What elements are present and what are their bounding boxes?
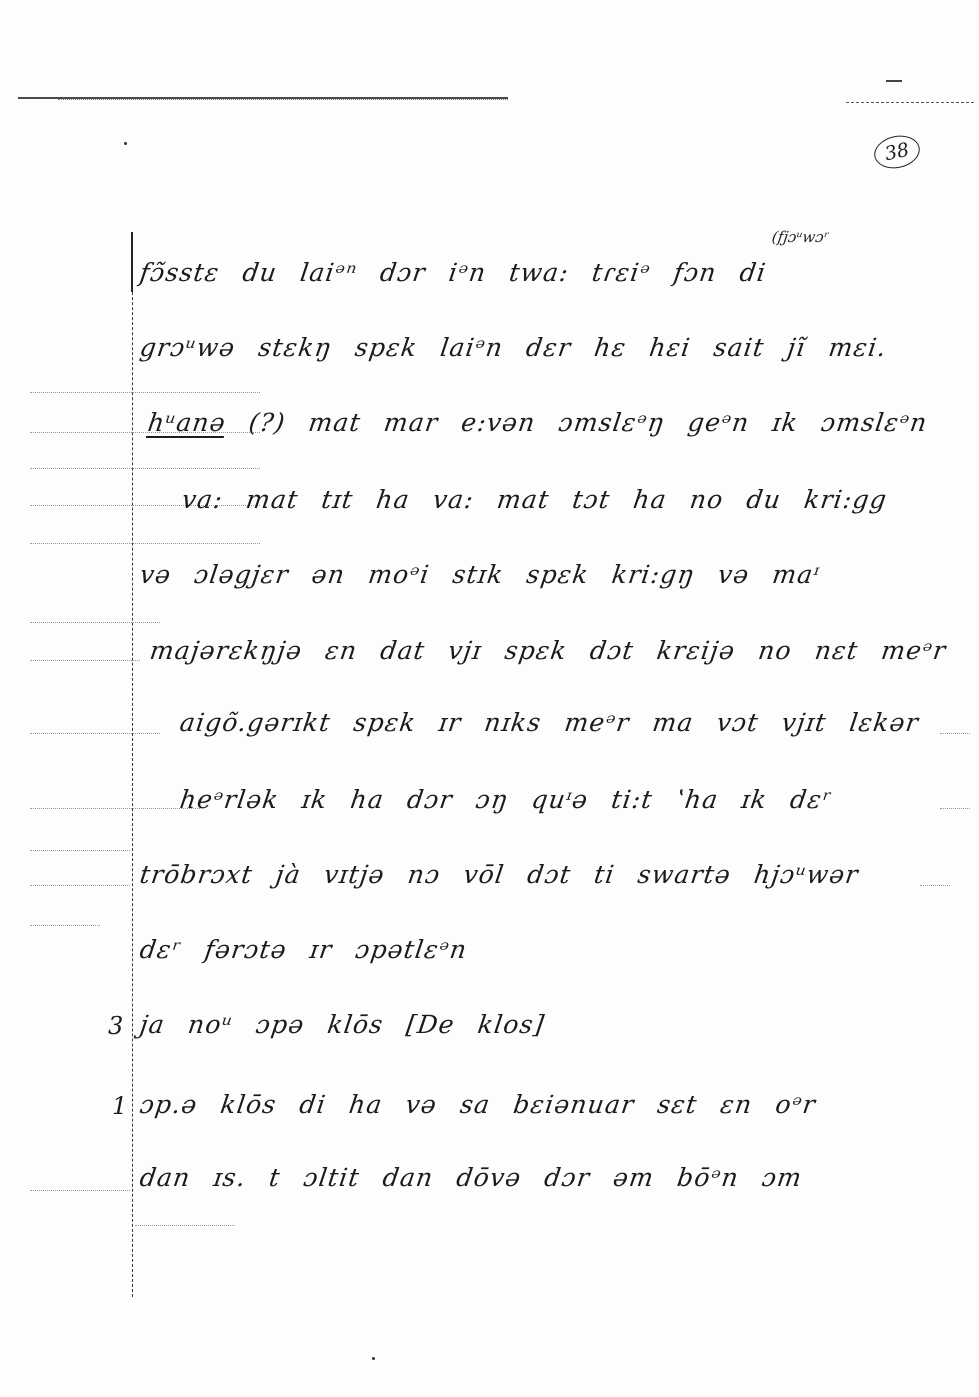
transcript-line: dan ɪs. t ɔltit dan dōvə dɔr əm bōᵊn ɔm <box>138 1163 804 1192</box>
superscript-annotation: (fjɔᵘwɔʳ <box>771 228 830 246</box>
transcript-line: va: mat tɪt ha va: mat tɔt ha no du kri:… <box>180 485 889 514</box>
ruled-line <box>30 850 130 851</box>
transcript-line: majərɛkŋjə ɛn dat vjɪ spɛk dɔt krɛijə no… <box>148 636 948 665</box>
stray-mark <box>124 142 127 145</box>
scan-edge-line-right <box>846 102 974 103</box>
scan-edge-line-left <box>18 97 508 99</box>
scanned-document-page: 38 (fjɔᵘwɔʳ fɔ̃sstɛ du laiᵊⁿ dɔr iᵊn twa… <box>0 0 979 1397</box>
ruled-line <box>30 622 160 623</box>
ruled-line <box>940 808 970 809</box>
ruled-line <box>30 392 260 393</box>
margin-line-top <box>131 232 133 292</box>
transcript-line: dɛʳ fərɔtə ɪr ɔpətlɛᵊn <box>138 935 469 964</box>
transcript-line: heᵊrlək ɪk ha dɔr ɔŋ quᶦə ti:t ʽha ɪk dɛ… <box>178 785 834 814</box>
transcript-line: aigõ.gərɪkt spɛk ɪr nɪks meᵊr ma vɔt vjɪ… <box>178 708 921 737</box>
transcript-line-rest: (?) mat mar e:vən ɔmslɛᵊŋ geᵊn ɪk ɔmslɛᵊ… <box>247 408 929 437</box>
transcript-line: fɔ̃sstɛ du laiᵊⁿ dɔr iᵊn twa: tɾɛiᵊ fɔn … <box>138 258 768 287</box>
speaker-number: 1 <box>112 1092 127 1120</box>
ruled-line <box>30 468 260 469</box>
transcript-line: hᵘanə (?) mat mar e:vən ɔmslɛᵊŋ geᵊn ɪk … <box>146 408 929 437</box>
transcript-line: trōbrɔxt jà vɪtjə nɔ vōl dɔt ti swartə h… <box>138 860 861 889</box>
page-number-circled: 38 <box>871 132 923 173</box>
ruled-line <box>30 733 160 734</box>
ruled-line <box>920 885 950 886</box>
ruled-line <box>30 925 100 926</box>
transcript-line: və ɔləgjɛr ən moᵊi stɪk spɛk kri:gŋ və m… <box>138 560 822 589</box>
ruled-line <box>30 660 140 661</box>
ruled-line <box>30 1190 130 1191</box>
stray-mark <box>372 1357 375 1360</box>
ruled-line <box>30 885 130 886</box>
ruled-line <box>30 808 200 809</box>
ruled-line <box>940 733 970 734</box>
page-number-text: 38 <box>883 139 911 166</box>
transcript-line: grɔᵘwə stɛkŋ spɛk laiᵊn dɛr hɛ hɛi sait … <box>138 333 889 362</box>
ruled-line <box>135 1225 235 1226</box>
scan-edge-dash <box>886 80 902 82</box>
transcript-line: ja noᵘ ɔpə klōs [De klos] <box>138 1010 547 1039</box>
ruled-line <box>30 543 260 544</box>
speaker-number: 3 <box>108 1012 123 1040</box>
transcript-line: ɔp.ə klōs di ha və sa bɛiənuar sɛt ɛn oᵊ… <box>138 1090 818 1119</box>
underlined-word: hᵘanə <box>146 408 228 437</box>
